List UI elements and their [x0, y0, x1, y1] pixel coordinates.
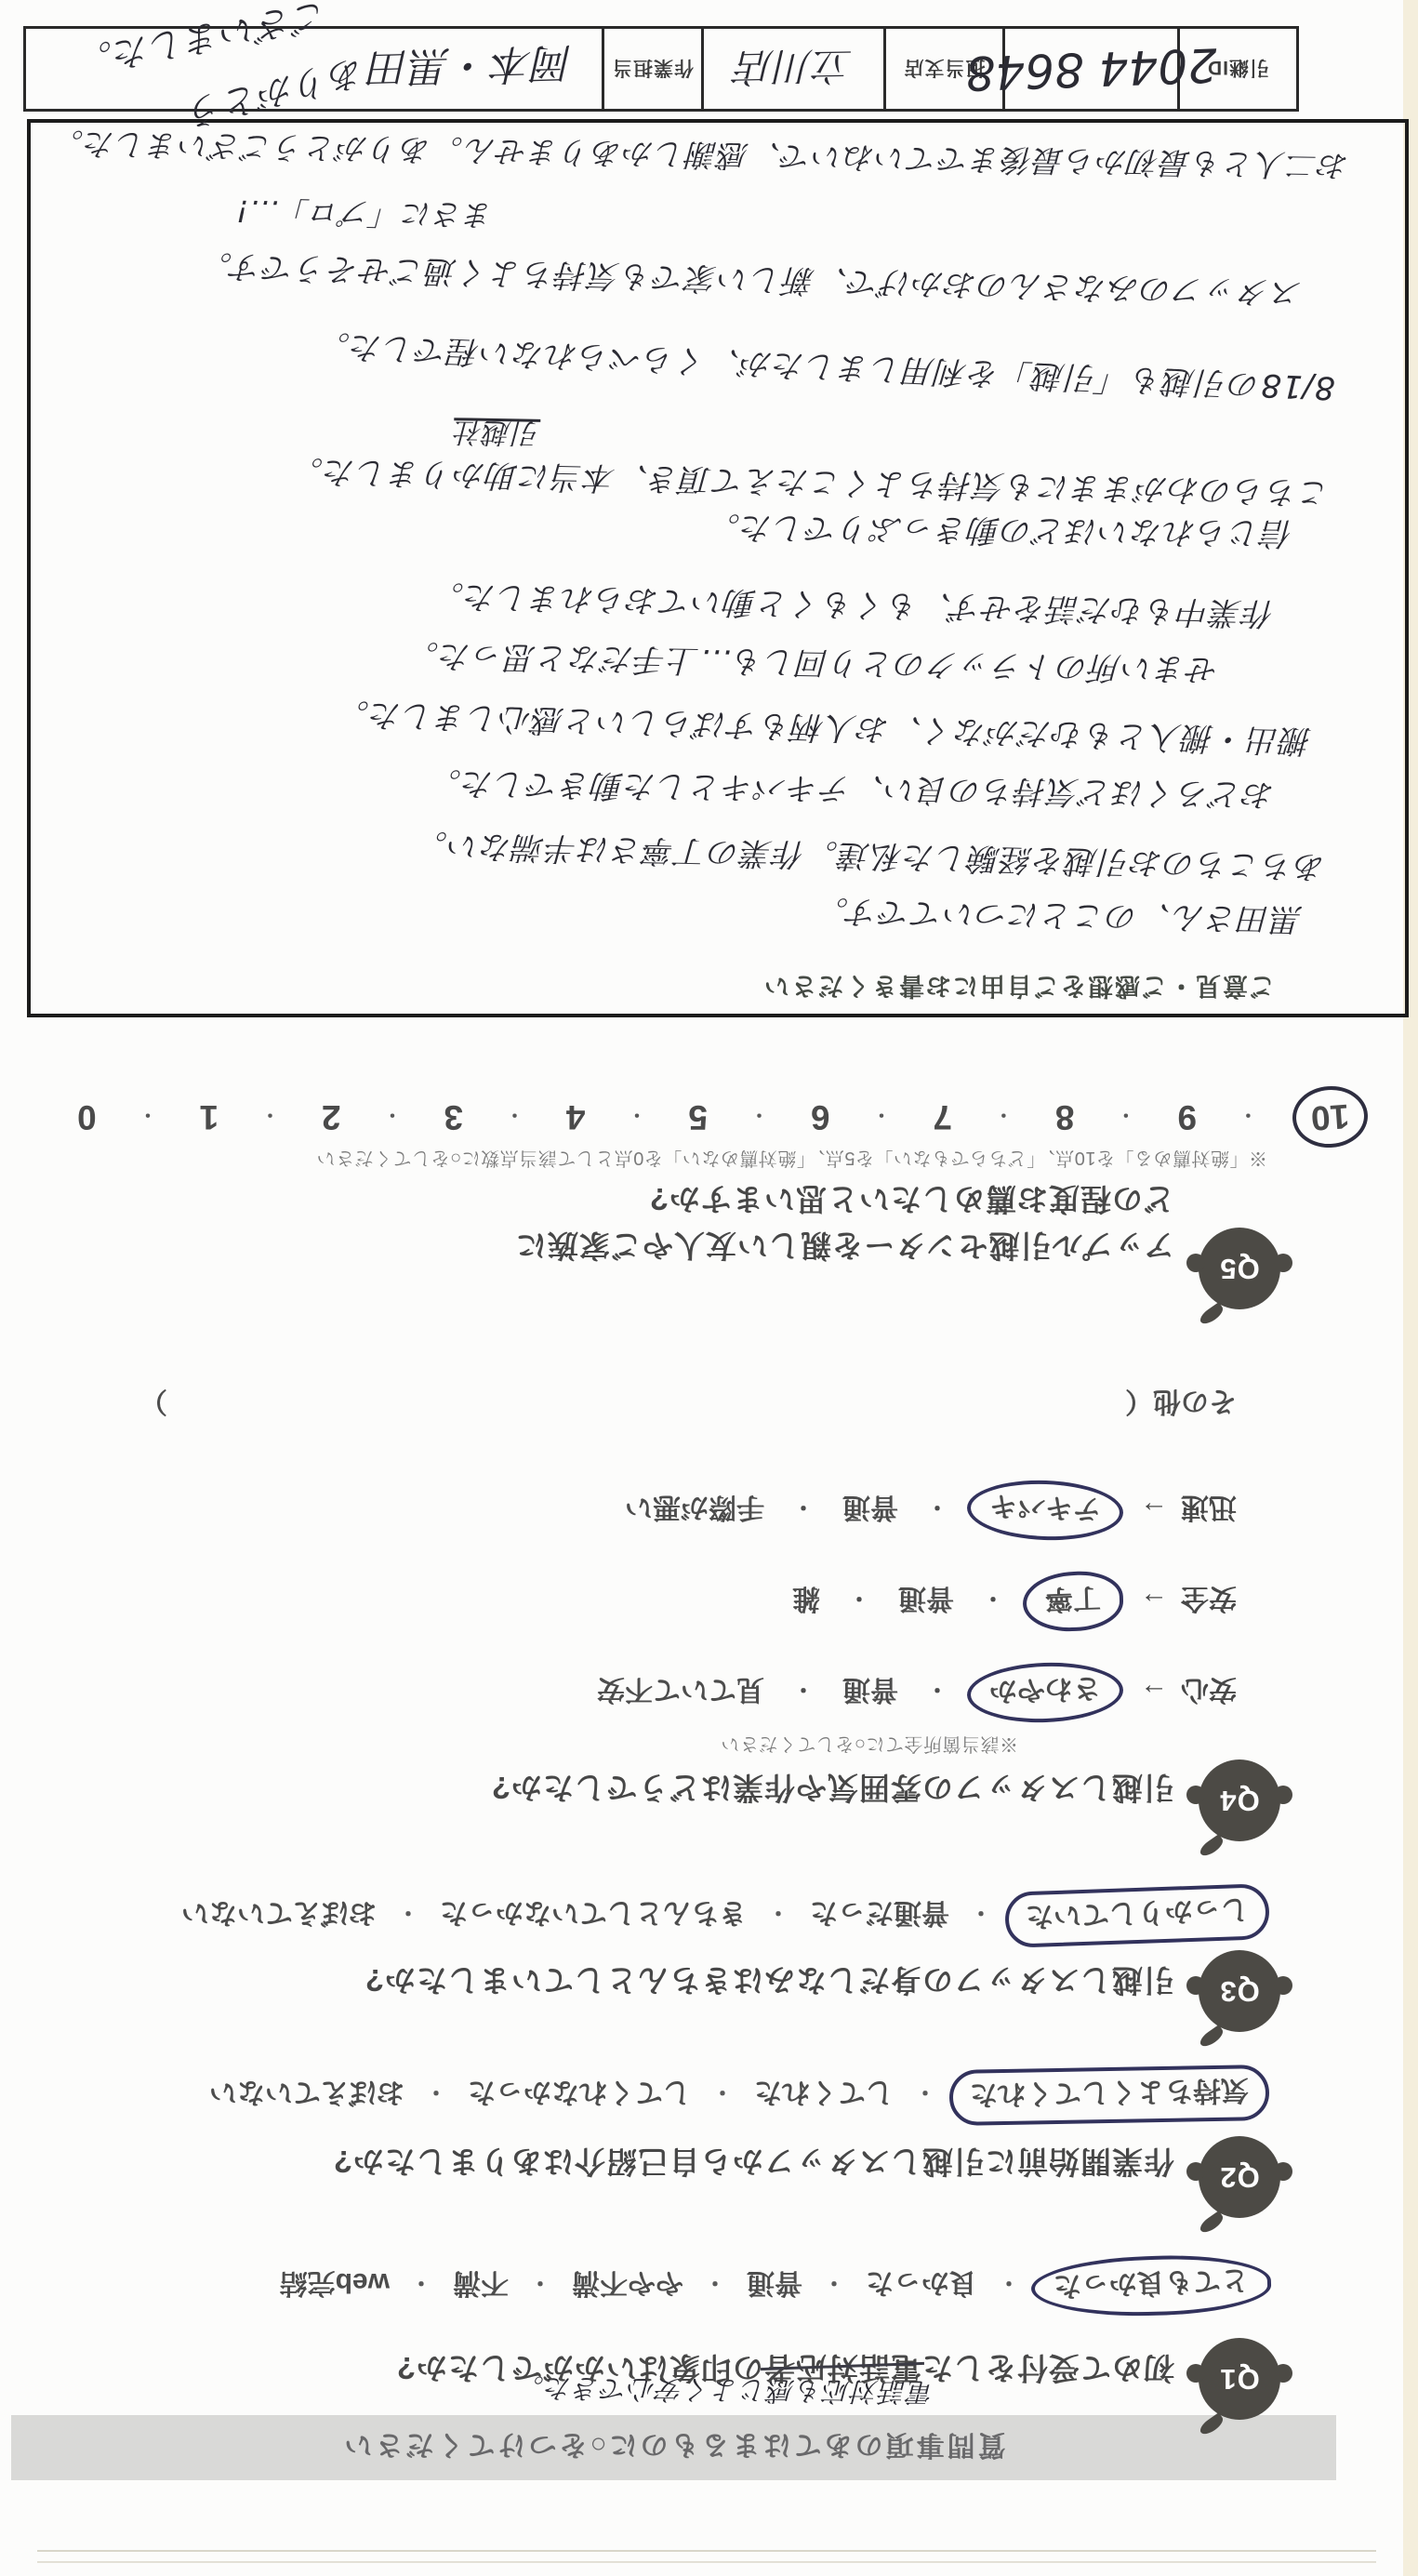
q2-title: 作業開始前に引越しスタッフから自己紹介はありましたか? — [333, 2142, 1174, 2185]
choice-separator: ・ — [792, 1677, 815, 1709]
q3-choices: しっかりしていた ・ 普通だった ・ きちんとしていなかった ・ おぼえていない — [181, 1895, 1262, 1936]
scale-value: 2 — [322, 1097, 341, 1136]
q2-choices: 気持ちよくしてくれた ・ してくれた ・ してくれなかった ・ おぼえていない — [209, 2075, 1262, 2116]
q4-other-paren-open: （ — [1125, 1384, 1153, 1425]
q1-choice-circled: とても良かった — [1030, 2252, 1272, 2320]
q2-choice-circled: 気持ちよくしてくれた — [949, 2065, 1270, 2126]
choice-separator: ・ — [823, 2270, 845, 2303]
q4-row-label: 安心 — [1181, 1672, 1237, 1713]
staff-label: 作業担当 — [612, 55, 694, 83]
q3-choice: 普通だった — [810, 1895, 949, 1936]
handwriting-line: あちこちのお引越を経験した私達。作業の丁寧さは半端ない。 — [415, 825, 1327, 893]
q4-other-row: その他 （ ） — [139, 1384, 1237, 1425]
scale-separator: ・ — [383, 1104, 402, 1131]
scale-separator: ・ — [628, 1104, 646, 1131]
handwriting-line: お二人とも最初から最後までていねいで、感謝しかありません。ありがとうございました… — [51, 124, 1349, 190]
q3-choice-circled: しっかりしていた — [1004, 1883, 1270, 1948]
q3-choice: きちんとしていなかった — [440, 1895, 747, 1936]
arrow-icon: → — [1140, 1494, 1168, 1526]
scale-separator: ・ — [872, 1104, 891, 1131]
q1-choice: 不満 — [453, 2265, 509, 2306]
q1-choice: web完結 — [280, 2265, 390, 2306]
scale-value: 1 — [199, 1097, 219, 1136]
q4-other-label: その他 — [1153, 1384, 1237, 1425]
q5-note: ※「絶対薦める」を10点、「どちらでもない」を5点、「絶対薦めない」を0点として… — [316, 1147, 1267, 1174]
scale-value: 8 — [1055, 1097, 1075, 1136]
nps-scale-row: 10 ・ 9 ・ 8 ・ 7 ・ 6 ・ 5 ・ 4 ・ 3 ・ 2 ・ 1 ・… — [77, 1097, 1360, 1136]
scale-separator: ・ — [261, 1104, 280, 1131]
choice-separator: ・ — [425, 2079, 447, 2112]
q4-row-option: 普通 — [842, 1490, 898, 1531]
handwriting-line: 黒田さん、のことについてです。 — [815, 891, 1303, 945]
q3-badge: Q3 — [1199, 1950, 1280, 2032]
q2-choice: おぼえていない — [209, 2075, 404, 2116]
handwriting-line: スタッフのみなさんのおかげで、新しい家でも気持ちよく過ごせそうです。 — [199, 246, 1303, 319]
scale-separator: ・ — [1239, 1104, 1257, 1131]
handwriting-line: 作業中もむだ話をせず、もくもくと動いておられました。 — [431, 577, 1275, 640]
q5-badge-label: Q5 — [1219, 1252, 1259, 1285]
comment-box-label: ご意見・ご感想をご自由にお書きください — [762, 970, 1275, 1006]
scale-value: 7 — [933, 1097, 952, 1136]
comment-box: ご意見・ご感想をご自由にお書きください 黒田さん、のことについてです。 あちこち… — [27, 119, 1409, 1017]
scale-value: 4 — [566, 1097, 586, 1136]
q4-row-anzen: 安全 → 丁寧 ・ 普通 ・ 雑 — [792, 1581, 1237, 1622]
choice-separator: ・ — [711, 2079, 734, 2112]
q4-row-option: 雑 — [792, 1581, 820, 1622]
survey-sheet-rotated-180: 質問事項のあてはまるものに○をつけてください 電話対応も感じよく安心できた。 Q… — [0, 0, 1418, 2576]
q4-note: ※該当箇所全てに○をしてください — [721, 1733, 1018, 1759]
scan-edge-line — [37, 2550, 1376, 2552]
scale-separator: ・ — [505, 1104, 523, 1131]
q2-choice: してくれなかった — [468, 2075, 691, 2116]
q1-choice: 良かった — [866, 2265, 977, 2306]
q1-title-pre: 初めて受付をした — [921, 2351, 1174, 2385]
choice-separator: ・ — [410, 2270, 432, 2303]
scan-edge-line — [37, 2561, 1376, 2563]
q3-title: 引越しスタッフの身だしなみはきちんとしていましたか? — [364, 1960, 1174, 2004]
choice-separator: ・ — [792, 1494, 815, 1527]
q4-title: 引越しスタッフの雰囲気や作業はどうでしたか? — [491, 1768, 1174, 1812]
q4-row-option: 見ていて不安 — [597, 1672, 764, 1713]
staff-label-cell: 作業担当 — [602, 29, 701, 109]
q4-badge-label: Q4 — [1219, 1784, 1259, 1817]
scale-separator: ・ — [749, 1104, 768, 1131]
scale-value: 6 — [811, 1097, 830, 1136]
q5-title-line2: どの程度お薦めしたいと思いますか? — [649, 1179, 1174, 1223]
scale-value: 3 — [444, 1097, 463, 1136]
staff-value: 岡本・黒田 — [368, 36, 575, 101]
handwriting-line: まさに「プロ」…! — [235, 192, 495, 239]
arrow-icon: → — [1140, 1586, 1168, 1617]
q4-row-option: 普通 — [842, 1672, 898, 1713]
scanned-survey-page: 質問事項のあてはまるものに○をつけてください 電話対応も感じよく安心できた。 Q… — [0, 0, 1418, 2576]
scale-value: 0 — [77, 1097, 97, 1136]
q1-title: 初めて受付をした電話対応者の印象はいかがでしたか? — [396, 2348, 1174, 2392]
handwriting-line: せまい所のトラックのとり回しも…上手だなと思った。 — [405, 635, 1219, 695]
handwriting-line: 搬出・搬入ともむだがなく、お人柄もすばらしいと感心しました。 — [336, 694, 1312, 766]
choice-separator: ・ — [998, 2270, 1020, 2303]
handover-id-value-cell: 2044 8648 — [1002, 29, 1177, 109]
scale-separator: ・ — [139, 1104, 157, 1131]
q1-badge-label: Q1 — [1219, 2362, 1259, 2396]
q4-row-option-circled: 丁寧 — [1022, 1570, 1124, 1633]
q4-row-option-circled: さわやか — [966, 1660, 1124, 1725]
q2-badge-label: Q2 — [1219, 2160, 1259, 2194]
scale-separator: ・ — [1117, 1104, 1135, 1131]
choice-separator: ・ — [914, 2079, 936, 2112]
choice-separator: ・ — [529, 2270, 551, 2303]
q1-choice: やや不満 — [572, 2265, 683, 2306]
handover-id-value: 2044 8648 — [964, 37, 1217, 100]
q4-other-paren-close: ） — [139, 1384, 167, 1425]
branch-value-cell: 立川店 — [701, 29, 883, 109]
q1-title-struck-word: 電話対応者 — [763, 2351, 921, 2385]
choice-separator: ・ — [926, 1677, 948, 1709]
q4-row-anshin: 安心 → さわやか ・ 普通 ・ 見ていて不安 — [597, 1672, 1237, 1713]
q4-row-option: 手際が悪い — [625, 1490, 764, 1531]
q4-row-label: 安全 — [1181, 1581, 1237, 1622]
q4-badge: Q4 — [1199, 1759, 1280, 1841]
q4-row-jinsoku: 迅速 → テキパキ ・ 普通 ・ 手際が悪い — [625, 1490, 1237, 1531]
q5-badge: Q5 — [1199, 1228, 1280, 1309]
handwriting-line: 8/18の引越も「引越」を利用しましたが、くらべられない程でした。 — [316, 325, 1335, 414]
arrow-icon: → — [1140, 1677, 1168, 1708]
choice-separator: ・ — [848, 1586, 870, 1618]
instruction-bar-text: 質問事項のあてはまるものに○をつけてください — [341, 2427, 1005, 2468]
choice-separator: ・ — [970, 1900, 992, 1932]
q2-choice: してくれた — [754, 2075, 894, 2116]
scale-value: 5 — [688, 1097, 708, 1136]
branch-value: 立川店 — [735, 40, 853, 98]
scale-value: 9 — [1177, 1097, 1197, 1136]
choice-separator: ・ — [982, 1586, 1004, 1618]
choice-separator: ・ — [704, 2270, 726, 2303]
q4-row-label: 迅速 — [1181, 1490, 1237, 1531]
q5-title-line1: アップル引越センターを親しい友人やご家族に — [515, 1226, 1174, 1269]
instruction-bar: 質問事項のあてはまるものに○をつけてください — [11, 2415, 1336, 2480]
choice-separator: ・ — [397, 1900, 419, 1932]
q3-badge-label: Q3 — [1219, 1974, 1259, 2008]
q1-choice: 普通 — [747, 2265, 802, 2306]
q4-row-option: 普通 — [898, 1581, 954, 1622]
q3-choice: おぼえていない — [181, 1895, 377, 1936]
handwriting-line: 引越社 — [454, 414, 541, 457]
handwriting-line: おどろくほど気持ちの良い、テキパキとした動きでした。 — [429, 764, 1276, 821]
q4-row-option-circled: テキパキ — [966, 1478, 1124, 1543]
q1-title-post: の印象はいかがでしたか? — [396, 2351, 763, 2385]
choice-separator: ・ — [767, 1900, 789, 1932]
choice-separator: ・ — [926, 1494, 948, 1527]
q1-badge: Q1 — [1199, 2338, 1280, 2420]
q1-choices: とても良かった ・ 良かった ・ 普通 ・ やや不満 ・ 不満 ・ web完結 — [280, 2265, 1262, 2306]
scale-separator: ・ — [994, 1104, 1013, 1131]
q2-badge: Q2 — [1199, 2136, 1280, 2218]
scale-value-circled: 10 — [1291, 1083, 1371, 1150]
